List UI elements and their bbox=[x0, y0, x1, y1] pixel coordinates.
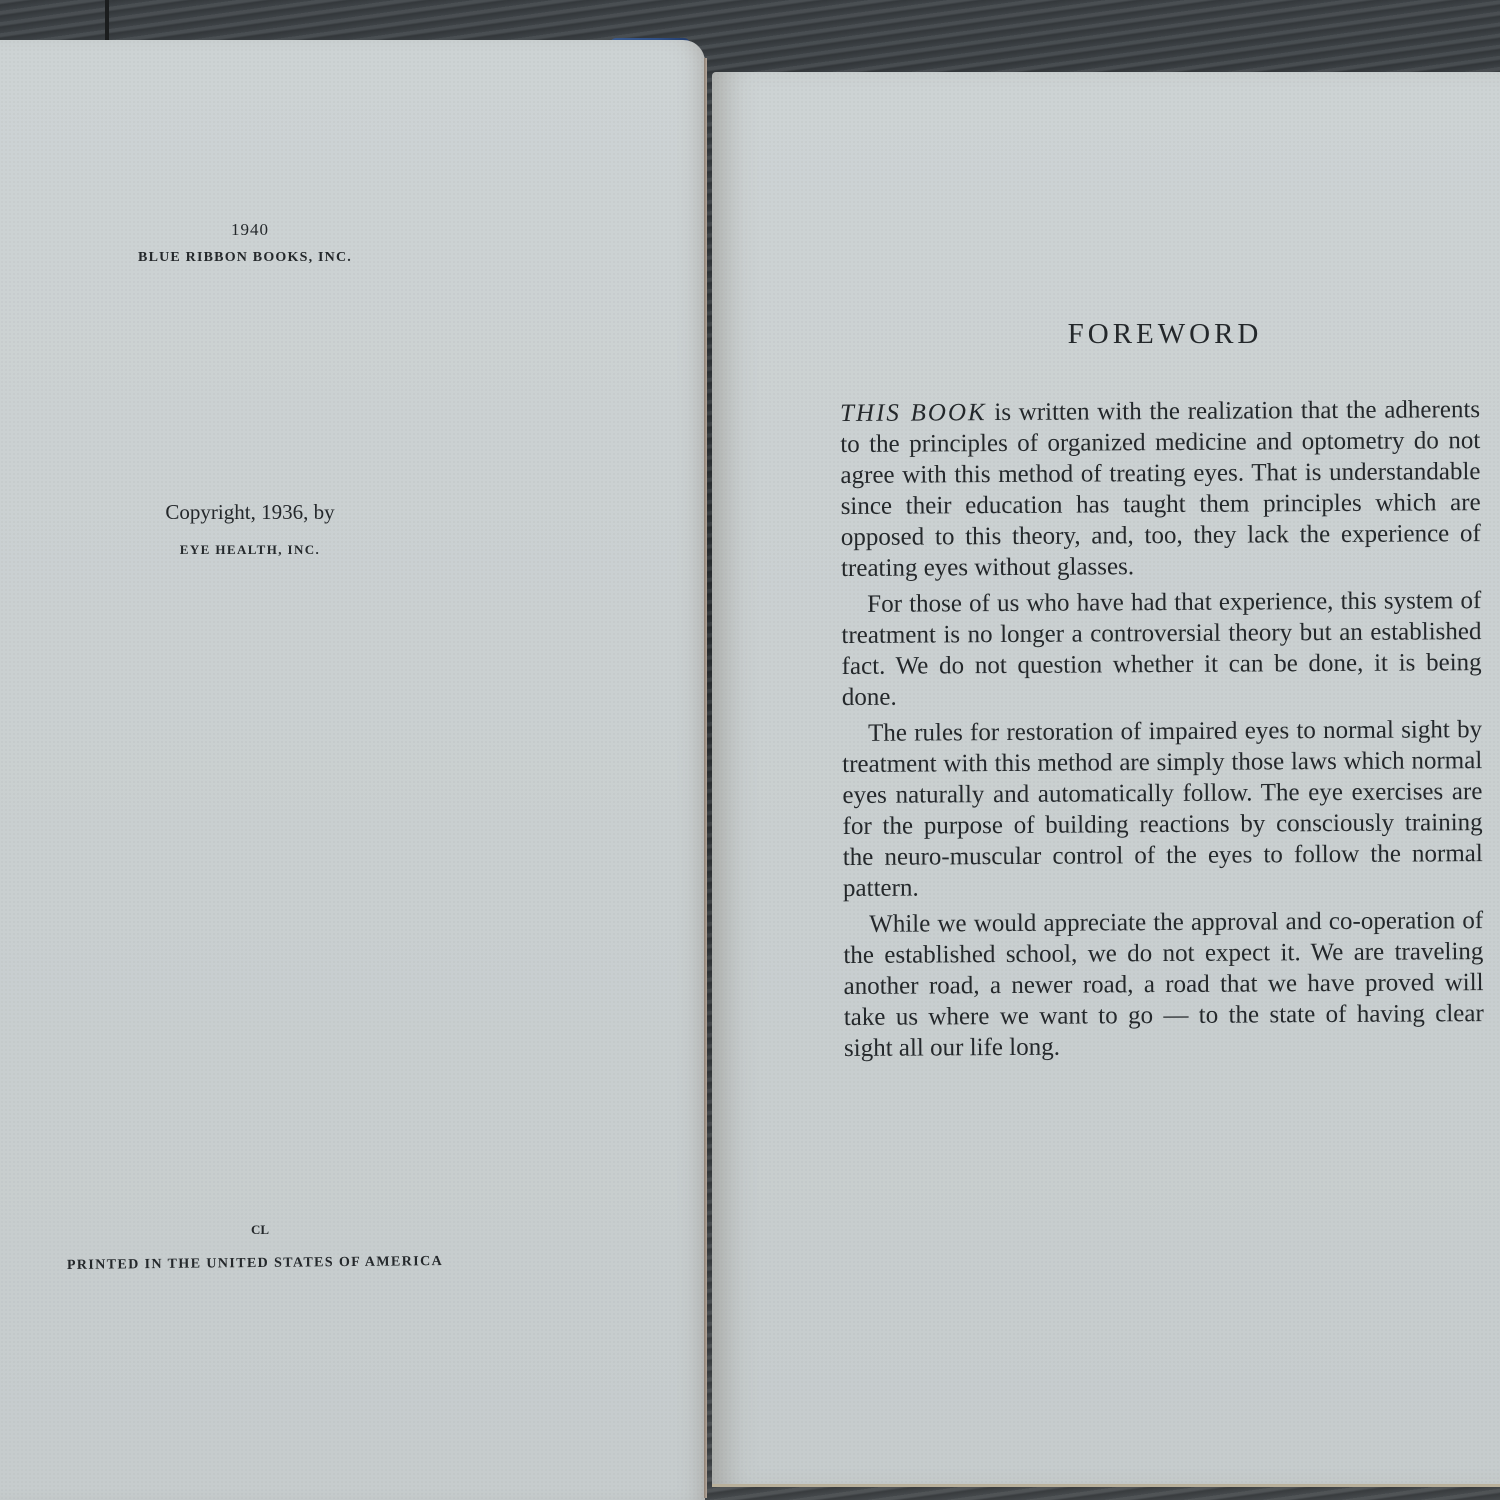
publisher-name: BLUE RIBBON BOOKS, INC. bbox=[95, 250, 395, 266]
book-gutter bbox=[704, 58, 707, 1498]
page-edge bbox=[712, 1484, 1500, 1487]
copyright-line: Copyright, 1936, by bbox=[120, 500, 380, 525]
edition-year: 1940 bbox=[140, 220, 360, 240]
photo-scene: 1940 BLUE RIBBON BOOKS, INC. Copyright, … bbox=[0, 0, 1500, 1500]
foreword-heading: FOREWORD bbox=[980, 318, 1350, 351]
foreword-paragraph-1: THIS BOOK is written with the realizatio… bbox=[840, 394, 1481, 584]
lead-in-italic: THIS BOOK bbox=[840, 399, 987, 427]
copyright-holder: EYE HEALTH, INC. bbox=[120, 542, 380, 558]
printing-code: CL bbox=[200, 1222, 320, 1238]
wood-plank-seam bbox=[105, 0, 109, 40]
foreword-paragraph-2: For those of us who have had that experi… bbox=[841, 585, 1482, 713]
foreword-paragraph-3: The rules for restoration of impaired ey… bbox=[842, 714, 1483, 904]
foreword-paragraph-4: While we would appreciate the approval a… bbox=[843, 905, 1484, 1064]
foreword-body: THIS BOOK is written with the realizatio… bbox=[840, 394, 1484, 1069]
